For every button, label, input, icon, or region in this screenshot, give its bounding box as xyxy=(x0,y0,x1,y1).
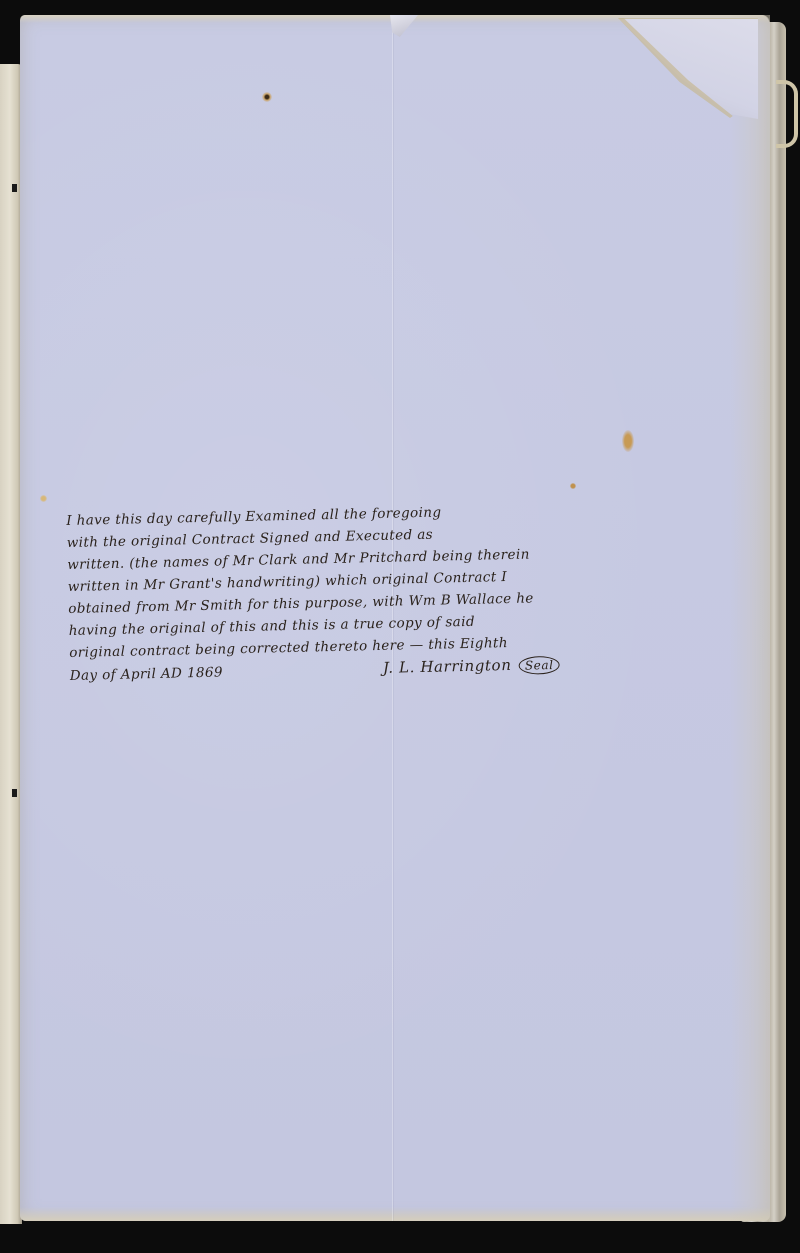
page-bottom-edge xyxy=(20,1207,770,1221)
foxing-stain xyxy=(570,483,576,489)
seal-mark: Seal xyxy=(519,656,560,675)
date-line: Day of April AD 1869 xyxy=(70,664,224,683)
ribbon-tie xyxy=(776,80,798,148)
ink-spot xyxy=(262,92,272,102)
facing-page-edge xyxy=(0,64,22,1224)
document-scan: I have this day carefully Examined all t… xyxy=(0,0,800,1253)
foxing-stain xyxy=(40,495,47,502)
signature: J. L. Harrington Seal xyxy=(383,655,560,677)
binding-mark xyxy=(12,184,17,192)
page-right-shade xyxy=(730,15,770,1221)
signature-name: J. L. Harrington xyxy=(383,656,512,677)
handwritten-text: I have this day carefully Examined all t… xyxy=(66,495,720,686)
binding-mark xyxy=(12,789,17,797)
foxing-stain xyxy=(622,430,634,452)
